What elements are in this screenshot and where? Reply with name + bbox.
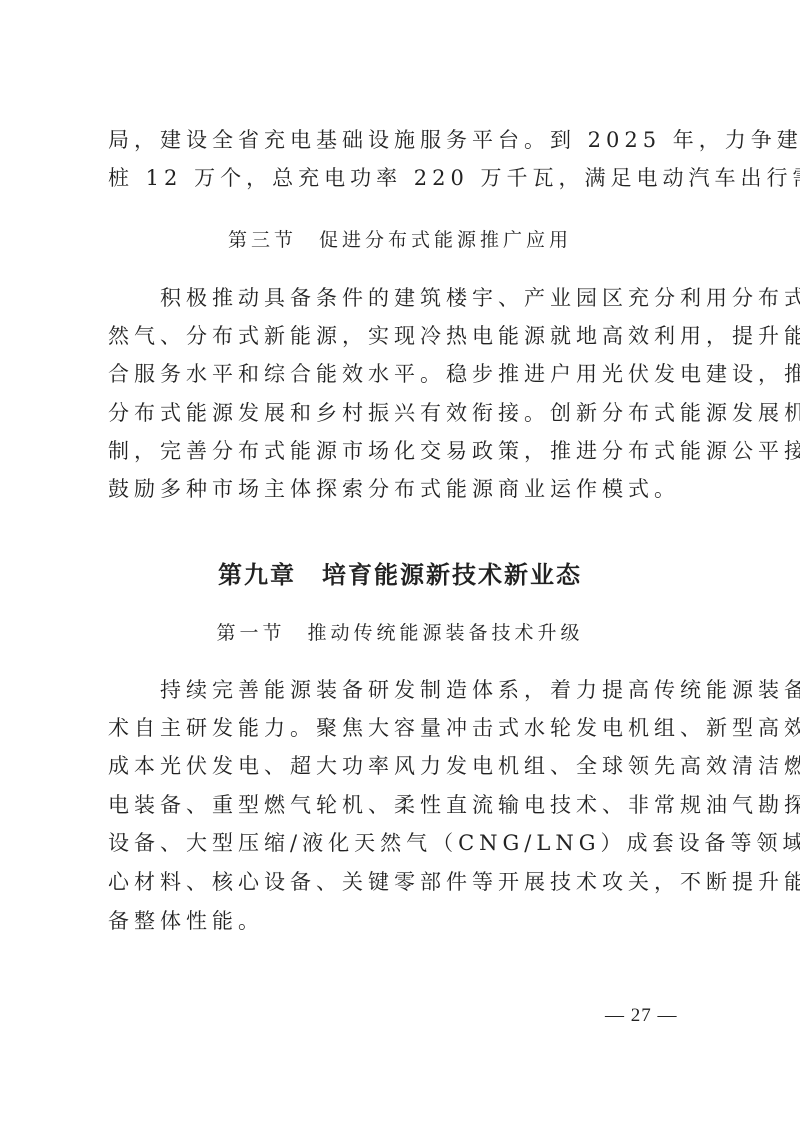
paragraph-line: 合服务水平和综合能效水平。稳步推进户用光伏发电建设，推动 (108, 361, 694, 387)
paragraph-line: 分布式能源发展和乡村振兴有效衔接。创新分布式能源发展机 (108, 400, 694, 426)
paragraph-line: 局，建设全省充电基础设施服务平台。到 2025 年，力争建成充电 (108, 127, 694, 153)
paragraph-line: 积极推动具备条件的建筑楼宇、产业园区充分利用分布式天 (108, 285, 694, 311)
section-label: 第一节 (216, 622, 285, 644)
section-heading: 第一节推动传统能源装备技术升级 (0, 620, 800, 646)
paragraph-line: 持续完善能源装备研发制造体系，着力提高传统能源装备技 (108, 677, 694, 703)
section-heading: 第三节促进分布式能源推广应用 (0, 227, 800, 253)
paragraph-line: 术自主研发能力。聚焦大容量冲击式水轮发电机组、新型高效低 (108, 715, 694, 741)
paragraph-line: 电装备、重型燃气轮机、柔性直流输电技术、非常规油气勘探开发 (108, 792, 694, 818)
paragraph-line: 成本光伏发电、超大功率风力发电机组、全球领先高效清洁燃煤发 (108, 753, 694, 779)
chapter-title-text: 培育能源新技术新业态 (322, 561, 582, 589)
section-title-text: 推动传统能源装备技术升级 (308, 622, 584, 644)
paragraph-line: 备整体性能。 (108, 908, 694, 934)
paragraph-line: 制，完善分布式能源市场化交易政策，推进分布式能源公平接入， (108, 438, 694, 464)
chapter-heading: 第九章培育能源新技术新业态 (0, 560, 800, 590)
paragraph-line: 设备、大型压缩/液化天然气（CNG/LNG）成套设备等领域，围绕核 (108, 830, 694, 856)
document-page: 局，建设全省充电基础设施服务平台。到 2025 年，力争建成充电 桩 12 万个… (0, 0, 800, 1131)
section-title-text: 促进分布式能源推广应用 (319, 229, 572, 251)
paragraph-line: 然气、分布式新能源，实现冷热电能源就地高效利用，提升能源综 (108, 323, 694, 349)
paragraph-line: 鼓励多种市场主体探索分布式能源商业运作模式。 (108, 476, 694, 502)
paragraph-line: 桩 12 万个，总充电功率 220 万千瓦，满足电动汽车出行需求。 (108, 165, 694, 191)
paragraph-line: 心材料、核心设备、关键零部件等开展技术攻关，不断提升能源装 (108, 869, 694, 895)
chapter-label: 第九章 (218, 561, 296, 589)
section-label: 第三节 (228, 229, 297, 251)
page-number: — 27 — (605, 1004, 678, 1028)
